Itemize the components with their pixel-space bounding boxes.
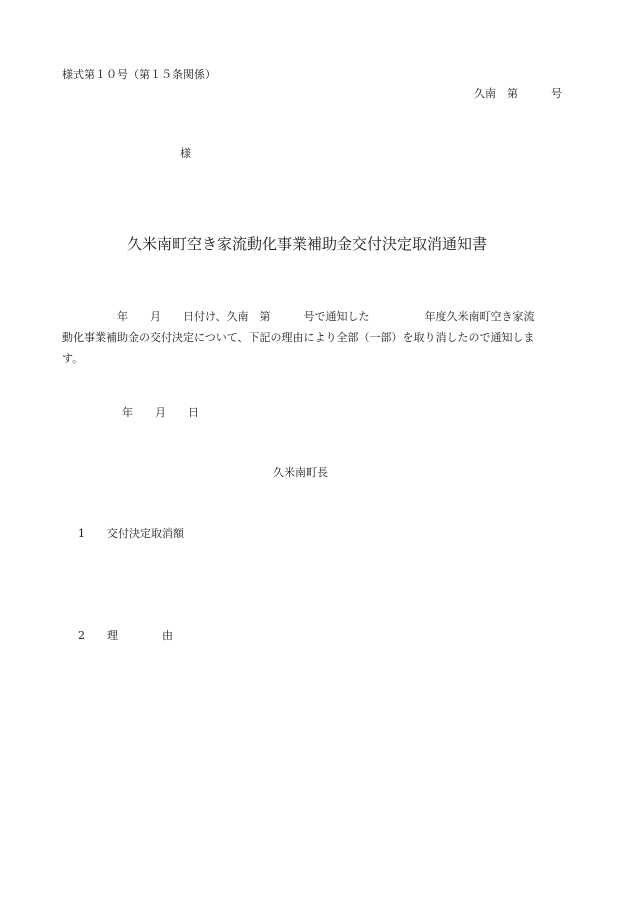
item-number: 1 [78,527,85,540]
body-line: 動化事業補助金の交付決定について、下記の理由により全部（一部）を取り消したので通… [62,327,572,348]
issuer: 久米南町長 [273,467,328,478]
addressee: 様 [180,148,191,159]
item-cancel-amount: 1 交付決定取消額 [78,528,184,539]
issue-date: 年 月 日 [122,407,199,418]
item-reason: 2 理 由 [78,630,173,641]
document-title: 久米南町空き家流動化事業補助金交付決定取消通知書 [127,237,487,252]
item-label: 交付決定取消額 [107,527,184,540]
form-number: 様式第１０号（第１５条関係） [62,69,216,80]
body-line: す。 [62,348,572,369]
item-label: 理 由 [107,629,173,642]
document-number: 久南 第 号 [474,88,562,99]
body-line: 年 月 日付け、久南 第 号で通知した 年度久米南町空き家流 [62,306,572,327]
body-paragraph: 年 月 日付け、久南 第 号で通知した 年度久米南町空き家流 動化事業補助金の交… [62,306,572,369]
item-number: 2 [78,629,85,642]
